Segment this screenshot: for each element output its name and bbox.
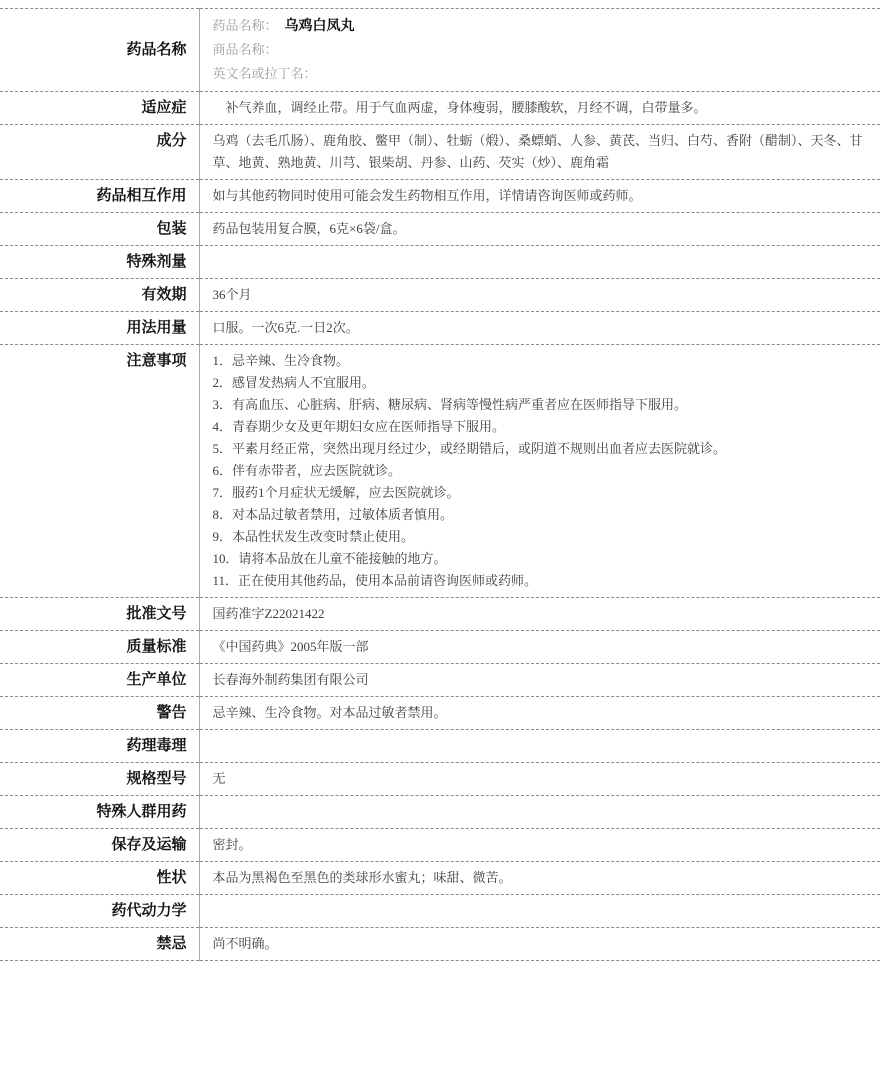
row-manufacturer: 生产单位 长春海外制药集团有限公司 [0,664,880,697]
field-key: 商品名称： [213,42,278,57]
row-label: 生产单位 [0,664,199,697]
row-value: 本品为黑褐色至黑色的类球形水蜜丸；味甜、微苦。 [199,862,880,895]
row-value: 无 [199,763,880,796]
row-value: 36个月 [199,279,880,312]
field-key: 英文名或拉丁名： [213,66,317,81]
row-special-dosage: 特殊剂量 [0,246,880,279]
row-value: 如与其他药物同时使用可能会发生药物相互作用，详情请咨询医师或药师。 [199,180,880,213]
row-value: 尚不明确。 [199,928,880,961]
row-text: 乌鸡（去毛爪肠）、鹿角胶、鳖甲（制）、牡蛎（煅）、桑螵蛸、人参、黄芪、当归、白芍… [213,130,865,174]
row-shelf-life: 有效期 36个月 [0,279,880,312]
row-text [213,251,865,273]
row-drug-interactions: 药品相互作用 如与其他药物同时使用可能会发生药物相互作用，详情请咨询医师或药师。 [0,180,880,213]
row-value [199,246,880,279]
precaution-item: 9．本品性状发生改变时禁止使用。 [213,526,865,548]
row-value: 忌辛辣、生冷食物。对本品过敏者禁用。 [199,697,880,730]
row-label: 特殊人群用药 [0,796,199,829]
precaution-item: 4．青春期少女及更年期妇女应在医师指导下服用。 [213,416,865,438]
precaution-item: 1．忌辛辣、生冷食物。 [213,350,865,372]
row-label: 性状 [0,862,199,895]
row-text [213,900,865,922]
row-value [199,796,880,829]
row-label: 药品名称 [0,9,199,92]
row-indications: 适应症 补气养血，调经止带。用于气血两虚，身体瘦弱，腰膝酸软，月经不调，白带量多… [0,92,880,125]
precaution-item: 2．感冒发热病人不宜服用。 [213,372,865,394]
row-special-population: 特殊人群用药 [0,796,880,829]
row-value: 1．忌辛辣、生冷食物。 2．感冒发热病人不宜服用。 3．有高血压、心脏病、肝病、… [199,345,880,598]
row-properties: 性状 本品为黑褐色至黑色的类球形水蜜丸；味甜、微苦。 [0,862,880,895]
row-label: 适应症 [0,92,199,125]
row-text [213,801,865,823]
row-text: 《中国药典》2005年版一部 [213,636,865,658]
row-label: 有效期 [0,279,199,312]
drug-info-table: 药品名称 药品名称：乌鸡白凤丸 商品名称： 英文名或拉丁名： 适应症 补气养血，… [0,8,880,961]
precaution-item: 7．服药1个月症状无缓解，应去医院就诊。 [213,482,865,504]
row-label: 批准文号 [0,598,199,631]
trade-name-line: 商品名称： [213,38,865,62]
drug-name-line: 药品名称：乌鸡白凤丸 [213,14,865,38]
row-drug-name: 药品名称 药品名称：乌鸡白凤丸 商品名称： 英文名或拉丁名： [0,9,880,92]
row-warning: 警告 忌辛辣、生冷食物。对本品过敏者禁用。 [0,697,880,730]
row-storage-transport: 保存及运输 密封。 [0,829,880,862]
row-dosage-usage: 用法用量 口服。一次6克.一日2次。 [0,312,880,345]
row-text: 尚不明确。 [213,933,865,955]
row-text [213,735,865,757]
row-value: 《中国药典》2005年版一部 [199,631,880,664]
row-text: 药品包装用复合膜，6克×6袋/盒。 [213,218,865,240]
precaution-item: 11．正在使用其他药品，使用本品前请咨询医师或药师。 [213,570,865,592]
precaution-item: 6．伴有赤带者，应去医院就诊。 [213,460,865,482]
row-text: 国药准字Z22021422 [213,603,865,625]
precaution-item: 5．平素月经正常，突然出现月经过少，或经期错后，或阴道不规则出血者应去医院就诊。 [213,438,865,460]
precaution-item: 8．对本品过敏者禁用，过敏体质者慎用。 [213,504,865,526]
row-value: 补气养血，调经止带。用于气血两虚，身体瘦弱，腰膝酸软，月经不调，白带量多。 [199,92,880,125]
row-value: 国药准字Z22021422 [199,598,880,631]
field-key: 药品名称： [213,18,278,33]
row-value: 口服。一次6克.一日2次。 [199,312,880,345]
row-value [199,895,880,928]
latin-name-line: 英文名或拉丁名： [213,62,865,86]
row-pharmacology-toxicology: 药理毒理 [0,730,880,763]
row-approval-number: 批准文号 国药准字Z22021422 [0,598,880,631]
row-label: 警告 [0,697,199,730]
row-label: 特殊剂量 [0,246,199,279]
row-label: 成分 [0,125,199,180]
row-label: 禁忌 [0,928,199,961]
row-text: 本品为黑褐色至黑色的类球形水蜜丸；味甜、微苦。 [213,867,865,889]
row-text: 口服。一次6克.一日2次。 [213,317,865,339]
row-value: 乌鸡（去毛爪肠）、鹿角胶、鳖甲（制）、牡蛎（煅）、桑螵蛸、人参、黄芪、当归、白芍… [199,125,880,180]
row-text: 长春海外制药集团有限公司 [213,669,865,691]
row-text: 补气养血，调经止带。用于气血两虚，身体瘦弱，腰膝酸软，月经不调，白带量多。 [213,97,865,119]
row-label: 用法用量 [0,312,199,345]
row-text: 密封。 [213,834,865,856]
row-text: 无 [213,768,865,790]
row-label: 规格型号 [0,763,199,796]
row-specification-model: 规格型号 无 [0,763,880,796]
row-label: 包装 [0,213,199,246]
row-label: 药品相互作用 [0,180,199,213]
row-precautions: 注意事项 1．忌辛辣、生冷食物。 2．感冒发热病人不宜服用。 3．有高血压、心脏… [0,345,880,598]
row-value [199,730,880,763]
row-text: 36个月 [213,284,865,306]
row-ingredients: 成分 乌鸡（去毛爪肠）、鹿角胶、鳖甲（制）、牡蛎（煅）、桑螵蛸、人参、黄芪、当归… [0,125,880,180]
row-label: 注意事项 [0,345,199,598]
row-packaging: 包装 药品包装用复合膜，6克×6袋/盒。 [0,213,880,246]
row-text: 如与其他药物同时使用可能会发生药物相互作用，详情请咨询医师或药师。 [213,185,865,207]
row-label: 药理毒理 [0,730,199,763]
row-text: 忌辛辣、生冷食物。对本品过敏者禁用。 [213,702,865,724]
precaution-item: 3．有高血压、心脏病、肝病、糖尿病、肾病等慢性病严重者应在医师指导下服用。 [213,394,865,416]
row-value: 密封。 [199,829,880,862]
row-value: 药品包装用复合膜，6克×6袋/盒。 [199,213,880,246]
row-value: 长春海外制药集团有限公司 [199,664,880,697]
row-label: 药代动力学 [0,895,199,928]
row-label: 质量标准 [0,631,199,664]
row-quality-standard: 质量标准 《中国药典》2005年版一部 [0,631,880,664]
row-label: 保存及运输 [0,829,199,862]
row-value: 药品名称：乌鸡白凤丸 商品名称： 英文名或拉丁名： [199,9,880,92]
row-pharmacokinetics: 药代动力学 [0,895,880,928]
precaution-item: 10．请将本品放在儿童不能接触的地方。 [213,548,865,570]
row-contraindications: 禁忌 尚不明确。 [0,928,880,961]
drug-name-value: 乌鸡白凤丸 [285,19,355,34]
